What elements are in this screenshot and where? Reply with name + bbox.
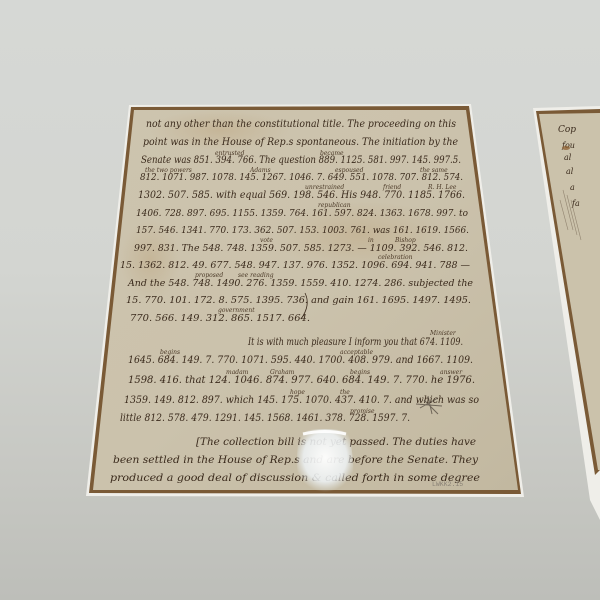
- manuscript-line: 1645. 684. 149. 7. 770. 1071. 595. 440. …: [128, 355, 473, 366]
- gloss: begins: [160, 349, 180, 356]
- manuscript-line: 157. 546. 1341. 770. 173. 362. 507. 153.…: [136, 225, 469, 236]
- gloss: espoused: [335, 167, 364, 174]
- gloss: became: [320, 150, 344, 157]
- manuscript-line: 770. 566. 149. 312. 865. 1517. 664.: [130, 313, 310, 324]
- manuscript-line: 1406. 728. 897. 695. 1155. 1359. 764. 16…: [136, 208, 468, 219]
- manuscript-line: And the 548. 748. 1490. 276. 1359. 1559.…: [127, 278, 473, 289]
- manuscript-line: not any other than the constitutional ti…: [146, 119, 456, 130]
- second-manuscript-fragment: al: [566, 167, 574, 176]
- gloss: madam: [226, 369, 249, 376]
- gloss: celebration: [378, 254, 413, 261]
- gloss: entrusted: [215, 150, 245, 157]
- second-manuscript-fragment: fa: [571, 199, 580, 208]
- manuscript-line: 997. 831. The 548. 748. 1359. 507. 585. …: [134, 243, 468, 254]
- gloss: the two powers: [145, 167, 192, 174]
- manuscript-line: 15. 770. 101. 172. 8. 575. 1395. 736. an…: [126, 295, 471, 306]
- gloss: republican: [318, 202, 351, 209]
- manuscript-line: 1302. 507. 585. with equal 569. 198. 546…: [138, 190, 465, 201]
- manuscript-line: It is with much pleasure I inform you th…: [247, 337, 463, 348]
- gloss: the same: [420, 167, 448, 174]
- gloss: unrestrained: [305, 184, 344, 191]
- second-manuscript-fragment: Cop: [558, 125, 576, 135]
- gloss: friend: [382, 184, 401, 191]
- manuscript-line: 1598. 416. that 124. 1046. 874. 977. 640…: [128, 375, 475, 386]
- gloss: Adams: [249, 167, 271, 174]
- gloss: proposed: [195, 272, 223, 279]
- gloss: Graham: [270, 369, 295, 376]
- gloss: government: [218, 307, 255, 314]
- gloss: R. H. Lee: [427, 184, 457, 191]
- gloss: vote: [260, 237, 273, 244]
- glass-glare: [297, 429, 353, 492]
- gloss: Minister: [429, 330, 457, 337]
- manuscript-line: Senate was 851. 394. 766. The question 8…: [141, 155, 461, 166]
- ink-blot: [562, 146, 570, 150]
- manuscript-line: been settled in the House of Rep.s and a…: [113, 455, 478, 466]
- gloss: Bishop: [394, 237, 416, 244]
- gloss: see reading: [238, 272, 274, 279]
- gloss: begins: [350, 369, 370, 376]
- second-manuscript-fragment: a: [570, 183, 575, 192]
- manuscript-line: point was in the House of Rep.s spontane…: [143, 137, 458, 148]
- gloss: promise: [350, 408, 375, 415]
- gloss: answer: [440, 369, 463, 376]
- gloss: in: [368, 237, 374, 244]
- manuscript-line: 15. 1362. 812. 49. 677. 548. 947. 137. 9…: [120, 260, 470, 271]
- second-manuscript-fragment: al: [564, 153, 572, 162]
- gloss: acceptable: [340, 349, 373, 356]
- catalog-number: LWKK2.15: [432, 481, 463, 488]
- framed-manuscript-scene: not any other than the constitutional ti…: [0, 0, 600, 600]
- gloss: hope: [290, 389, 305, 396]
- manuscript-line: produced a good deal of discussion & cal…: [110, 473, 480, 484]
- second-frame: Cop fou al al a fa: [533, 106, 600, 520]
- gloss: the: [340, 389, 350, 396]
